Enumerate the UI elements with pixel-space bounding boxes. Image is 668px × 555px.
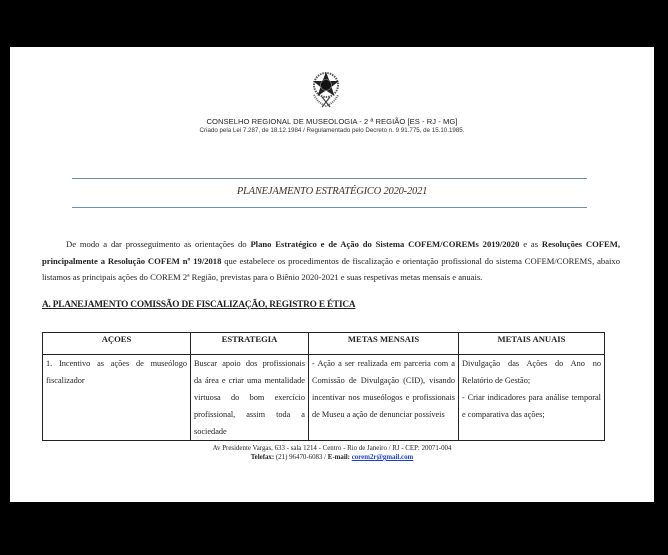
coat-of-arms-icon: [308, 69, 344, 109]
cell-text: - Criar indicadores para análise tempora…: [462, 389, 601, 423]
phone-label: Telefax:: [251, 454, 274, 461]
phone-number: (21) 96470-6083 /: [274, 454, 328, 461]
cell-text: 1. Incentivo as ações de museólogo fisca…: [46, 355, 187, 440]
cell-estrategia: Buscar apoio dos profissionais da área e…: [191, 355, 309, 441]
table-header-row: AÇOES ESTRATEGIA METAS MENSAIS METAIS AN…: [43, 333, 605, 355]
column-header-estrategia: ESTRATEGIA: [191, 333, 309, 355]
cell-text: - Ação a ser realizada em parceria com a…: [312, 355, 455, 440]
cell-text: Divulgação das Ações do Ano no Relatório…: [462, 355, 601, 389]
email-link[interactable]: corem2r@gmail.com: [352, 454, 414, 461]
column-header-acoes: AÇOES: [43, 333, 191, 355]
cell-metas-anuais: Divulgação das Ações do Ano no Relatório…: [459, 355, 605, 441]
title-rule-bottom: [72, 207, 587, 208]
title-rule-top: [72, 178, 587, 179]
column-header-metas-mensais: METAS MENSAIS: [309, 333, 459, 355]
intro-text: e as: [519, 239, 542, 249]
intro-bold-plan: Plano Estratégico e de Ação do Sistema C…: [250, 239, 519, 249]
cell-text: Buscar apoio dos profissionais da área e…: [194, 355, 305, 440]
email-label: E-mail:: [328, 454, 350, 461]
intro-paragraph: De modo a dar prosseguimento as orientaç…: [42, 236, 620, 286]
document-title: PLANEJAMENTO ESTRATÉGICO 2020-2021: [10, 186, 654, 197]
cell-metas-mensais: - Ação a ser realizada em parceria com a…: [309, 355, 459, 441]
column-header-metas-anuais: METAIS ANUAIS: [459, 333, 605, 355]
planning-table: AÇOES ESTRATEGIA METAS MENSAIS METAIS AN…: [42, 332, 605, 441]
footer-address: Av Presidente Vargas, 633 - sala 1214 - …: [10, 445, 654, 452]
intro-text: De modo a dar prosseguimento as orientaç…: [66, 239, 250, 249]
section-heading: A. PLANEJAMENTO COMISSÃO DE FISCALIZAÇÃO…: [42, 300, 355, 310]
footer-contact: Telefax: (21) 96470-6083 / E-mail: corem…: [10, 454, 654, 461]
cell-acoes: 1. Incentivo as ações de museólogo fisca…: [43, 355, 191, 441]
organization-name: CONSELHO REGIONAL DE MUSEOLOGIA - 2 ª RE…: [10, 117, 654, 126]
document-page: CONSELHO REGIONAL DE MUSEOLOGIA - 2 ª RE…: [10, 47, 654, 502]
table-row: 1. Incentivo as ações de museólogo fisca…: [43, 355, 605, 441]
legal-basis: Criado pela Lei 7.287, de 18.12.1984 / R…: [10, 127, 654, 134]
